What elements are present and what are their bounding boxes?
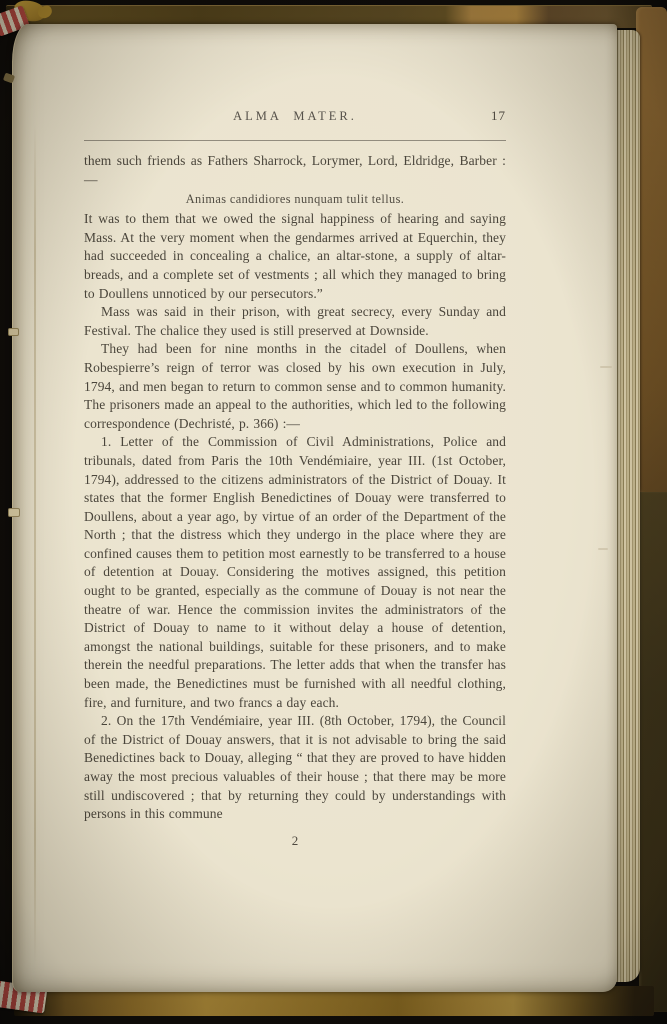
paragraph: They had been for nine months in the cit… — [84, 340, 506, 433]
book-cover-right-side — [639, 492, 667, 1012]
header-rule — [84, 140, 506, 141]
binding-stitch — [8, 508, 20, 517]
gutter-crease — [34, 124, 36, 964]
book-cover-leather-corner — [636, 7, 667, 495]
paragraph: Mass was said in their prison, with grea… — [84, 303, 506, 340]
running-header: ALMA MATER. 17 — [84, 108, 506, 124]
paragraph: 1. Letter of the Commission of Civil Adm… — [84, 433, 506, 712]
body-text: them such friends as Fathers Sharrock, L… — [84, 152, 506, 849]
paragraph: them such friends as Fathers Sharrock, L… — [84, 152, 506, 189]
book-photo: ALMA MATER. 17 them such friends as Fath… — [0, 0, 667, 1024]
page-content: ALMA MATER. 17 them such friends as Fath… — [84, 108, 506, 849]
paragraph: 2. On the 17th Vendémiaire, year III. (8… — [84, 712, 506, 824]
running-header-text: ALMA MATER. — [233, 109, 357, 123]
book-page: ALMA MATER. 17 them such friends as Fath… — [12, 24, 617, 992]
page-blemish — [598, 548, 608, 550]
paragraph: It was to them that we owed the signal h… — [84, 210, 506, 303]
page-number: 17 — [491, 108, 506, 124]
latin-verse: Animas candidiores nunquam tulit tellus. — [84, 190, 506, 208]
page-blemish — [600, 366, 612, 368]
binding-stitch — [8, 328, 19, 336]
signature-mark: 2 — [84, 833, 506, 849]
